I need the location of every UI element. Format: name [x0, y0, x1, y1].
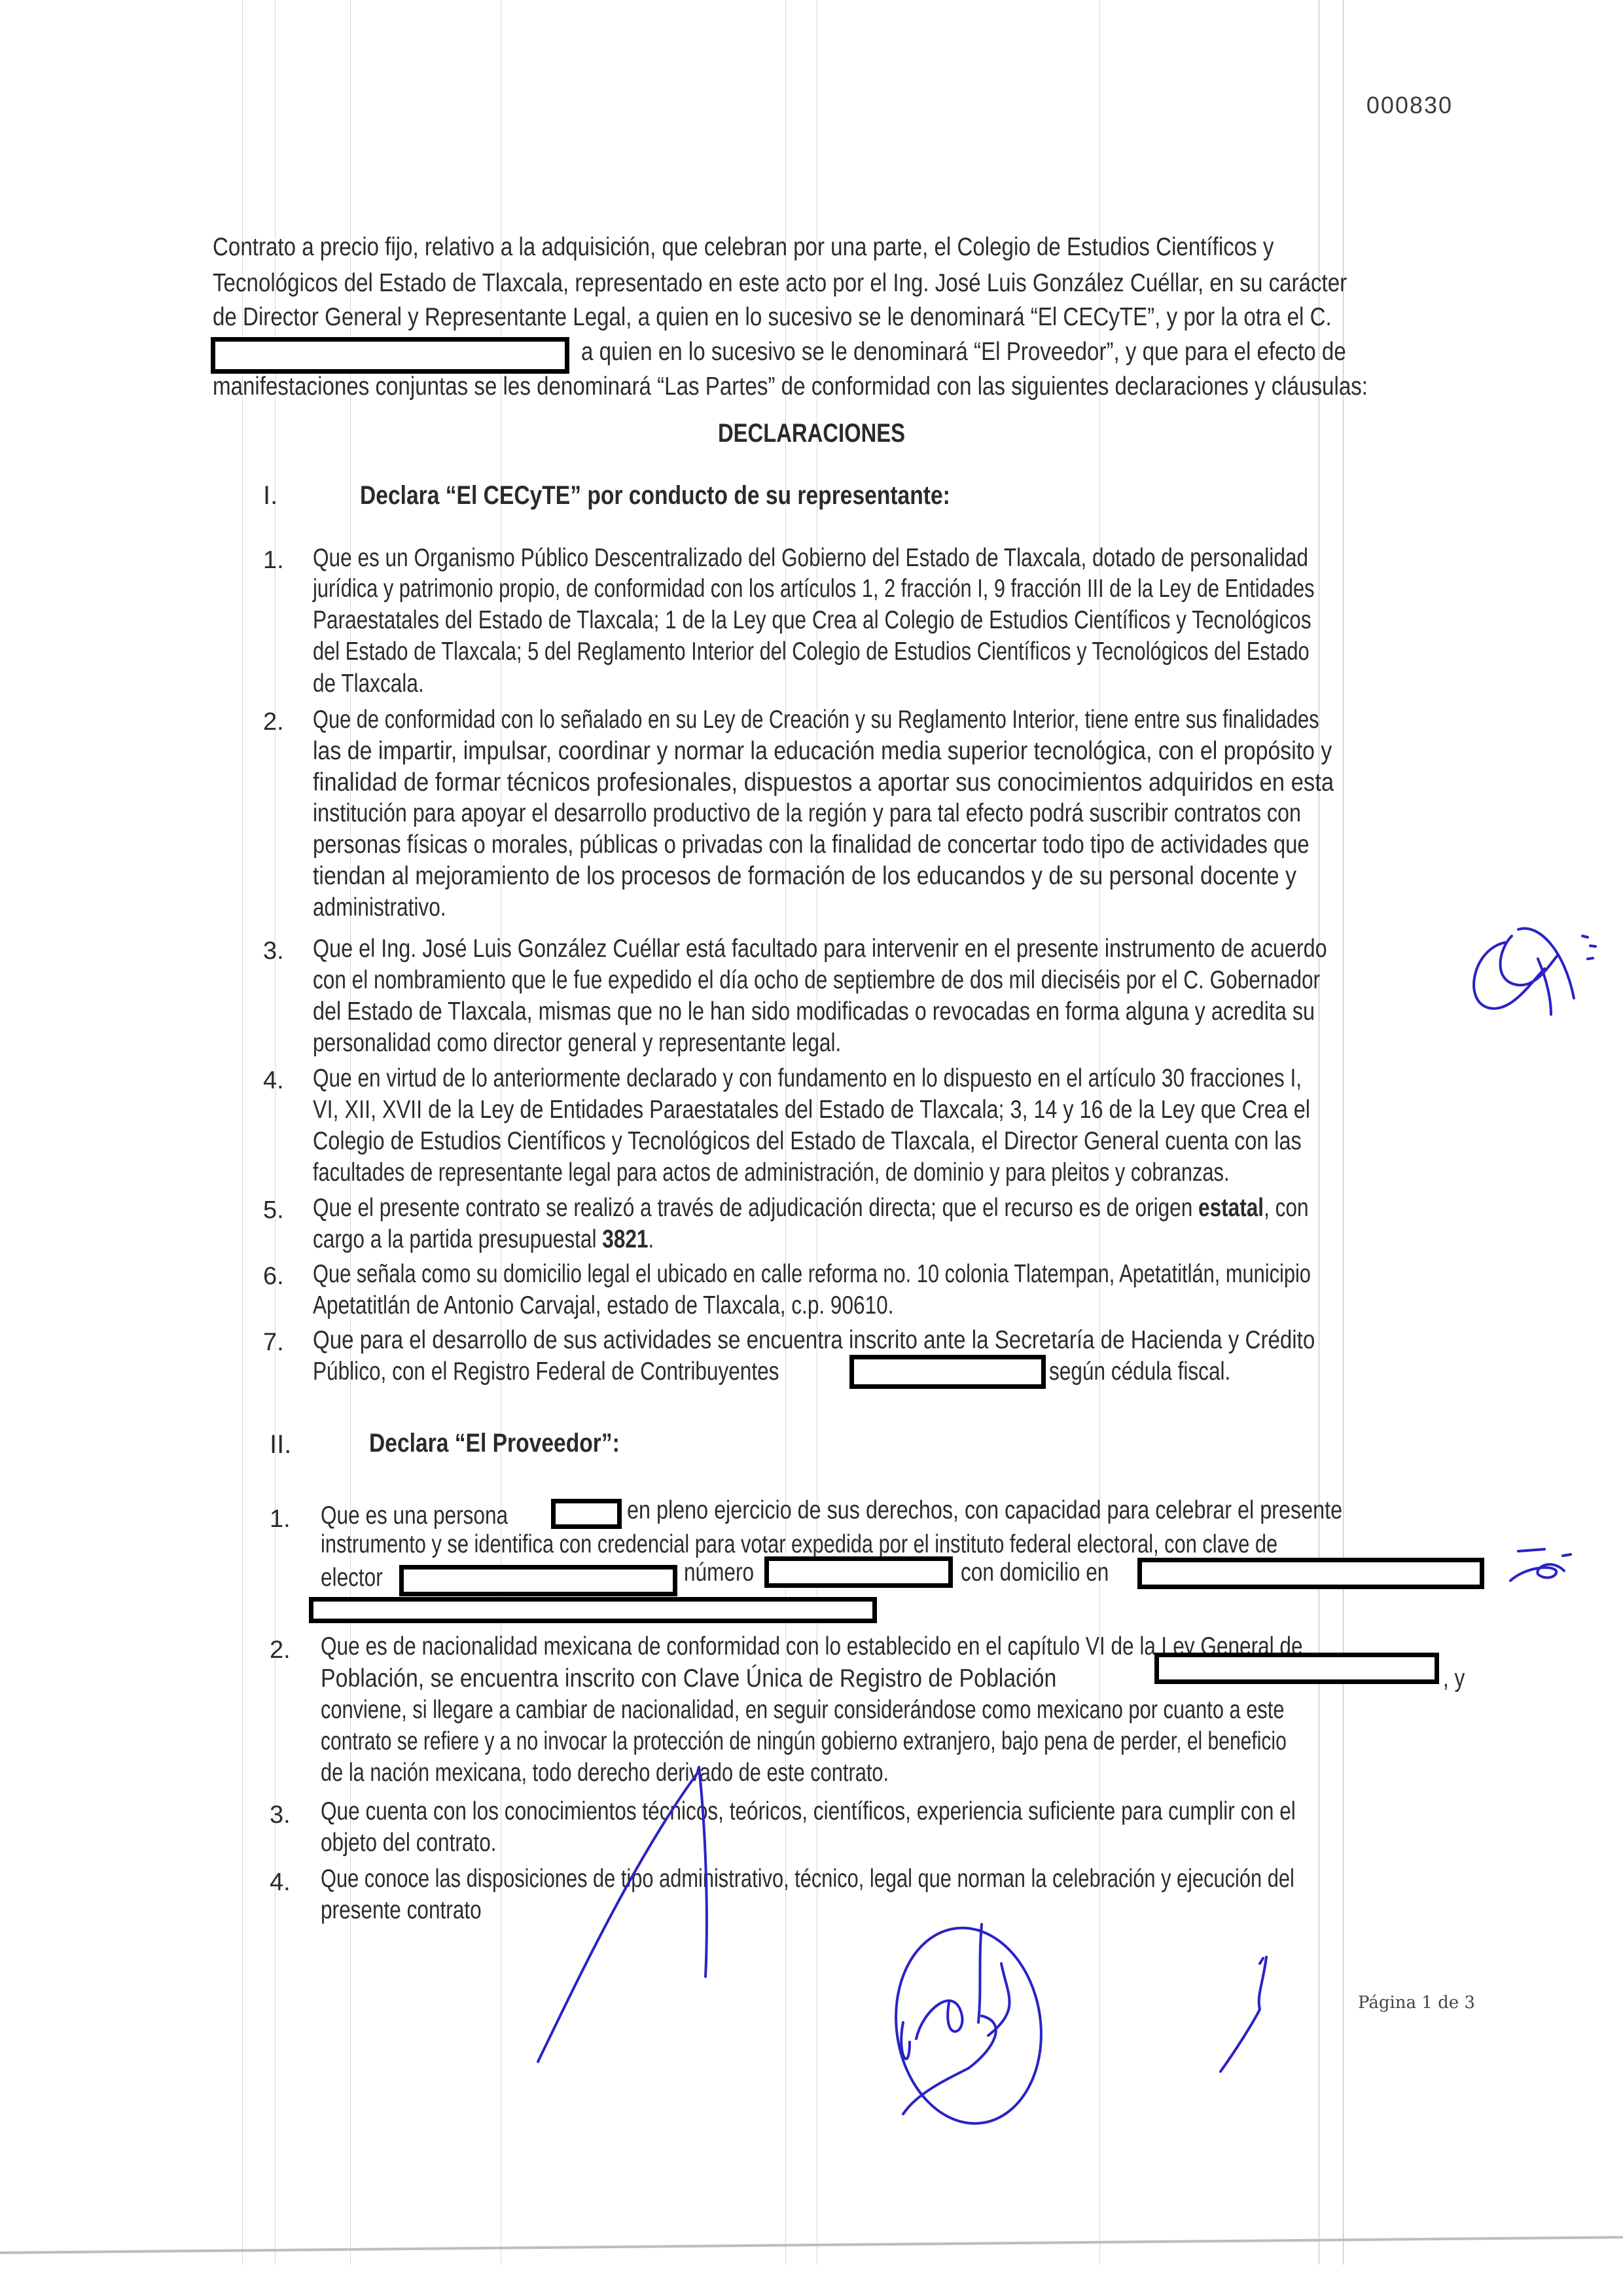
item-line: cargo a la partida presupuestal 3821. — [313, 1225, 654, 1255]
item-line: facultades de representante legal para a… — [313, 1158, 1230, 1188]
section-title: DECLARACIONES — [146, 419, 1477, 448]
item-line: institución para apoyar el desarrollo pr… — [313, 798, 1301, 829]
item-line: Que el Ing. José Luis González Cuéllar e… — [313, 934, 1327, 964]
item-line: Público, con el Registro Federal de Cont… — [313, 1357, 779, 1387]
item-line: Apetatitlán de Antonio Carvajal, estado … — [313, 1291, 893, 1321]
text: Que el presente contrato se realizó a tr… — [313, 1194, 1198, 1222]
redacted-curp — [1154, 1653, 1439, 1684]
item-line: las de impartir, impulsar, coordinar y n… — [313, 736, 1332, 766]
item-number: 1. — [270, 1505, 291, 1534]
item-line: Que para el desarrollo de sus actividade… — [313, 1325, 1315, 1355]
scanned-page: 000830 Contrato a precio fijo, relativo … — [0, 0, 1623, 2296]
redacted-person-type — [551, 1499, 622, 1529]
item-line: finalidad de formar técnicos profesional… — [313, 768, 1334, 798]
item-line: Que es una persona — [321, 1501, 508, 1531]
preamble-line: manifestaciones conjuntas se les denomin… — [213, 372, 1368, 402]
initial-mark-icon — [1505, 1541, 1577, 1594]
item-line: instrumento y se identifica con credenci… — [321, 1530, 1277, 1560]
item-line: Que señala como su domicilio legal el ub… — [313, 1259, 1311, 1289]
item-line: Que de conformidad con lo señalado en su… — [313, 705, 1319, 735]
section-heading: Declara “El Proveedor”: — [369, 1429, 620, 1458]
item-number: 4. — [263, 1067, 284, 1095]
item-line: Población, se encuentra inscrito con Cla… — [321, 1664, 1056, 1694]
item-line: en pleno ejercicio de sus derechos, con … — [627, 1496, 1342, 1526]
item-line: con el nombramiento que le fue expedido … — [313, 965, 1320, 996]
item-number: 2. — [270, 1636, 291, 1664]
item-line: número — [684, 1558, 754, 1588]
item-number: 2. — [263, 708, 284, 736]
item-line: personalidad como director general y rep… — [313, 1028, 841, 1058]
item-line: del Estado de Tlaxcala, mismas que no le… — [313, 997, 1315, 1027]
signature-stroke-icon — [1217, 1957, 1270, 2075]
redacted-provider-name — [211, 337, 569, 374]
signature-stroke-icon — [537, 1761, 798, 2068]
text: , con — [1264, 1194, 1308, 1222]
item-number: 5. — [263, 1196, 284, 1225]
page-number: Página 1 de 3 — [1358, 1993, 1475, 2013]
section-numeral: II. — [270, 1430, 291, 1460]
redacted-id-number — [764, 1556, 953, 1588]
item-line: Que es un Organismo Público Descentraliz… — [313, 543, 1308, 573]
preamble-line: Contrato a precio fijo, relativo a la ad… — [213, 232, 1274, 262]
folio-number: 000830 — [1366, 92, 1453, 119]
item-number: 7. — [263, 1329, 284, 1357]
item-number: 1. — [263, 547, 284, 575]
redacted-address-continued — [309, 1597, 877, 1623]
section-numeral: I. — [263, 481, 277, 511]
item-line: VI, XII, XVII de la Ley de Entidades Par… — [313, 1095, 1310, 1125]
funding-origin: estatal — [1198, 1194, 1264, 1222]
item-line: con domicilio en — [961, 1558, 1109, 1588]
section-heading: Declara “El CECyTE” por conducto de su r… — [360, 481, 950, 511]
page-edge — [0, 2236, 1623, 2254]
item-line: Colegio de Estudios Científicos y Tecnol… — [313, 1126, 1302, 1157]
redacted-rfc — [849, 1355, 1046, 1389]
item-line: personas físicas o morales, públicas o p… — [313, 830, 1310, 860]
item-line: tiendan al mejoramiento de los procesos … — [313, 861, 1296, 891]
item-number: 3. — [270, 1801, 291, 1829]
budget-line-number: 3821 — [602, 1225, 648, 1253]
preamble-line: Tecnológicos del Estado de Tlaxcala, rep… — [213, 268, 1347, 298]
item-line: contrato se refiere y a no invocar la pr… — [321, 1727, 1287, 1757]
preamble-line: a quien en lo sucesivo se le denominará … — [581, 337, 1346, 367]
item-line: Que en virtud de lo anteriormente declar… — [313, 1064, 1302, 1094]
signature-seal-icon — [890, 1924, 1047, 2134]
item-line: administrativo. — [313, 893, 446, 923]
item-line: del Estado de Tlaxcala; 5 del Reglamento… — [313, 637, 1310, 667]
item-line: Que cuenta con los conocimientos técnico… — [321, 1797, 1296, 1827]
item-line: Paraestatales del Estado de Tlaxcala; 1 … — [313, 605, 1311, 636]
item-line: presente contrato — [321, 1895, 482, 1926]
item-line: elector — [321, 1563, 383, 1593]
item-line: , y — [1443, 1664, 1465, 1694]
item-line: objeto del contrato. — [321, 1828, 497, 1858]
redacted-address — [1137, 1558, 1484, 1589]
redacted-elector-key — [399, 1565, 677, 1596]
initials-signature-icon — [1459, 910, 1603, 1028]
text: . — [649, 1225, 654, 1253]
item-line: jurídica y patrimonio propio, de conform… — [313, 574, 1315, 604]
item-line: Que conoce las disposiciones de tipo adm… — [321, 1864, 1294, 1894]
item-line: de Tlaxcala. — [313, 669, 424, 699]
item-number: 3. — [263, 937, 284, 965]
item-line: Que el presente contrato se realizó a tr… — [313, 1193, 1309, 1223]
item-line: según cédula fiscal. — [1049, 1357, 1230, 1387]
item-number: 6. — [263, 1263, 284, 1291]
text: cargo a la partida presupuestal — [313, 1225, 602, 1253]
preamble-line: de Director General y Representante Lega… — [213, 302, 1332, 332]
item-line: conviene, si llegare a cambiar de nacion… — [321, 1695, 1284, 1725]
item-number: 4. — [270, 1869, 291, 1897]
